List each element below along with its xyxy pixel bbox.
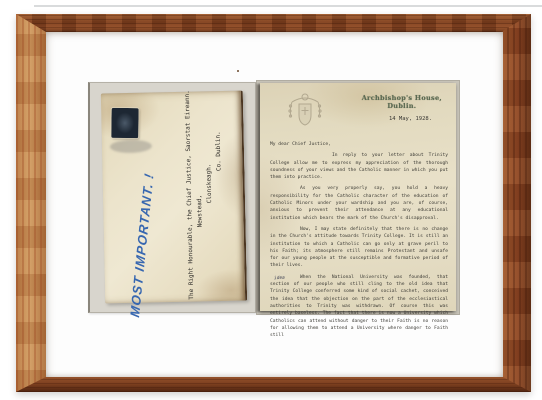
photo-envelope: MOST IMPORTANT. ! The Right Honourable, … xyxy=(88,82,256,313)
photo-letter: Archbishop's House, Dublin. 14 May, 1928… xyxy=(256,80,460,315)
letterhead-line2: Dublin. xyxy=(362,102,442,110)
framed-letter-photograph: MOST IMPORTANT. ! The Right Honourable, … xyxy=(0,0,542,400)
archbishop-crest-icon xyxy=(286,91,324,135)
salutation: My dear Chief Justice, xyxy=(270,141,448,148)
letter-page: Archbishop's House, Dublin. 14 May, 1928… xyxy=(260,83,456,311)
envelope: MOST IMPORTANT. ! The Right Honourable, … xyxy=(101,91,247,304)
postage-stamp-icon xyxy=(111,108,138,138)
handwritten-note: MOST IMPORTANT. ! xyxy=(126,144,161,319)
frame-bar-right xyxy=(501,14,531,392)
address-line: Co. Dublin. xyxy=(213,89,225,171)
paragraph: In reply to your letter about Trinity Co… xyxy=(270,152,448,181)
frame-bar-left xyxy=(16,14,46,392)
age-speck xyxy=(237,70,239,72)
wall-edge-line xyxy=(34,5,542,7)
paragraph: As you very properly say, you hold a hea… xyxy=(270,185,448,221)
paragraph: When the National University was founded… xyxy=(270,274,448,340)
letterhead-line1: Archbishop's House, xyxy=(362,94,442,102)
letter-body: My dear Chief Justice, In reply to your … xyxy=(270,141,448,343)
frame-bar-top xyxy=(16,14,531,32)
paragraph: Now, I may state definitely that there i… xyxy=(270,226,448,270)
letterhead: Archbishop's House, Dublin. xyxy=(362,94,442,110)
letter-date: 14 May, 1928. xyxy=(389,116,432,122)
inserted-handwritten-word: idea xyxy=(274,276,285,282)
frame-bar-bottom xyxy=(16,377,531,392)
address-block: The Right Honourable, the Chief Justice,… xyxy=(183,89,229,300)
